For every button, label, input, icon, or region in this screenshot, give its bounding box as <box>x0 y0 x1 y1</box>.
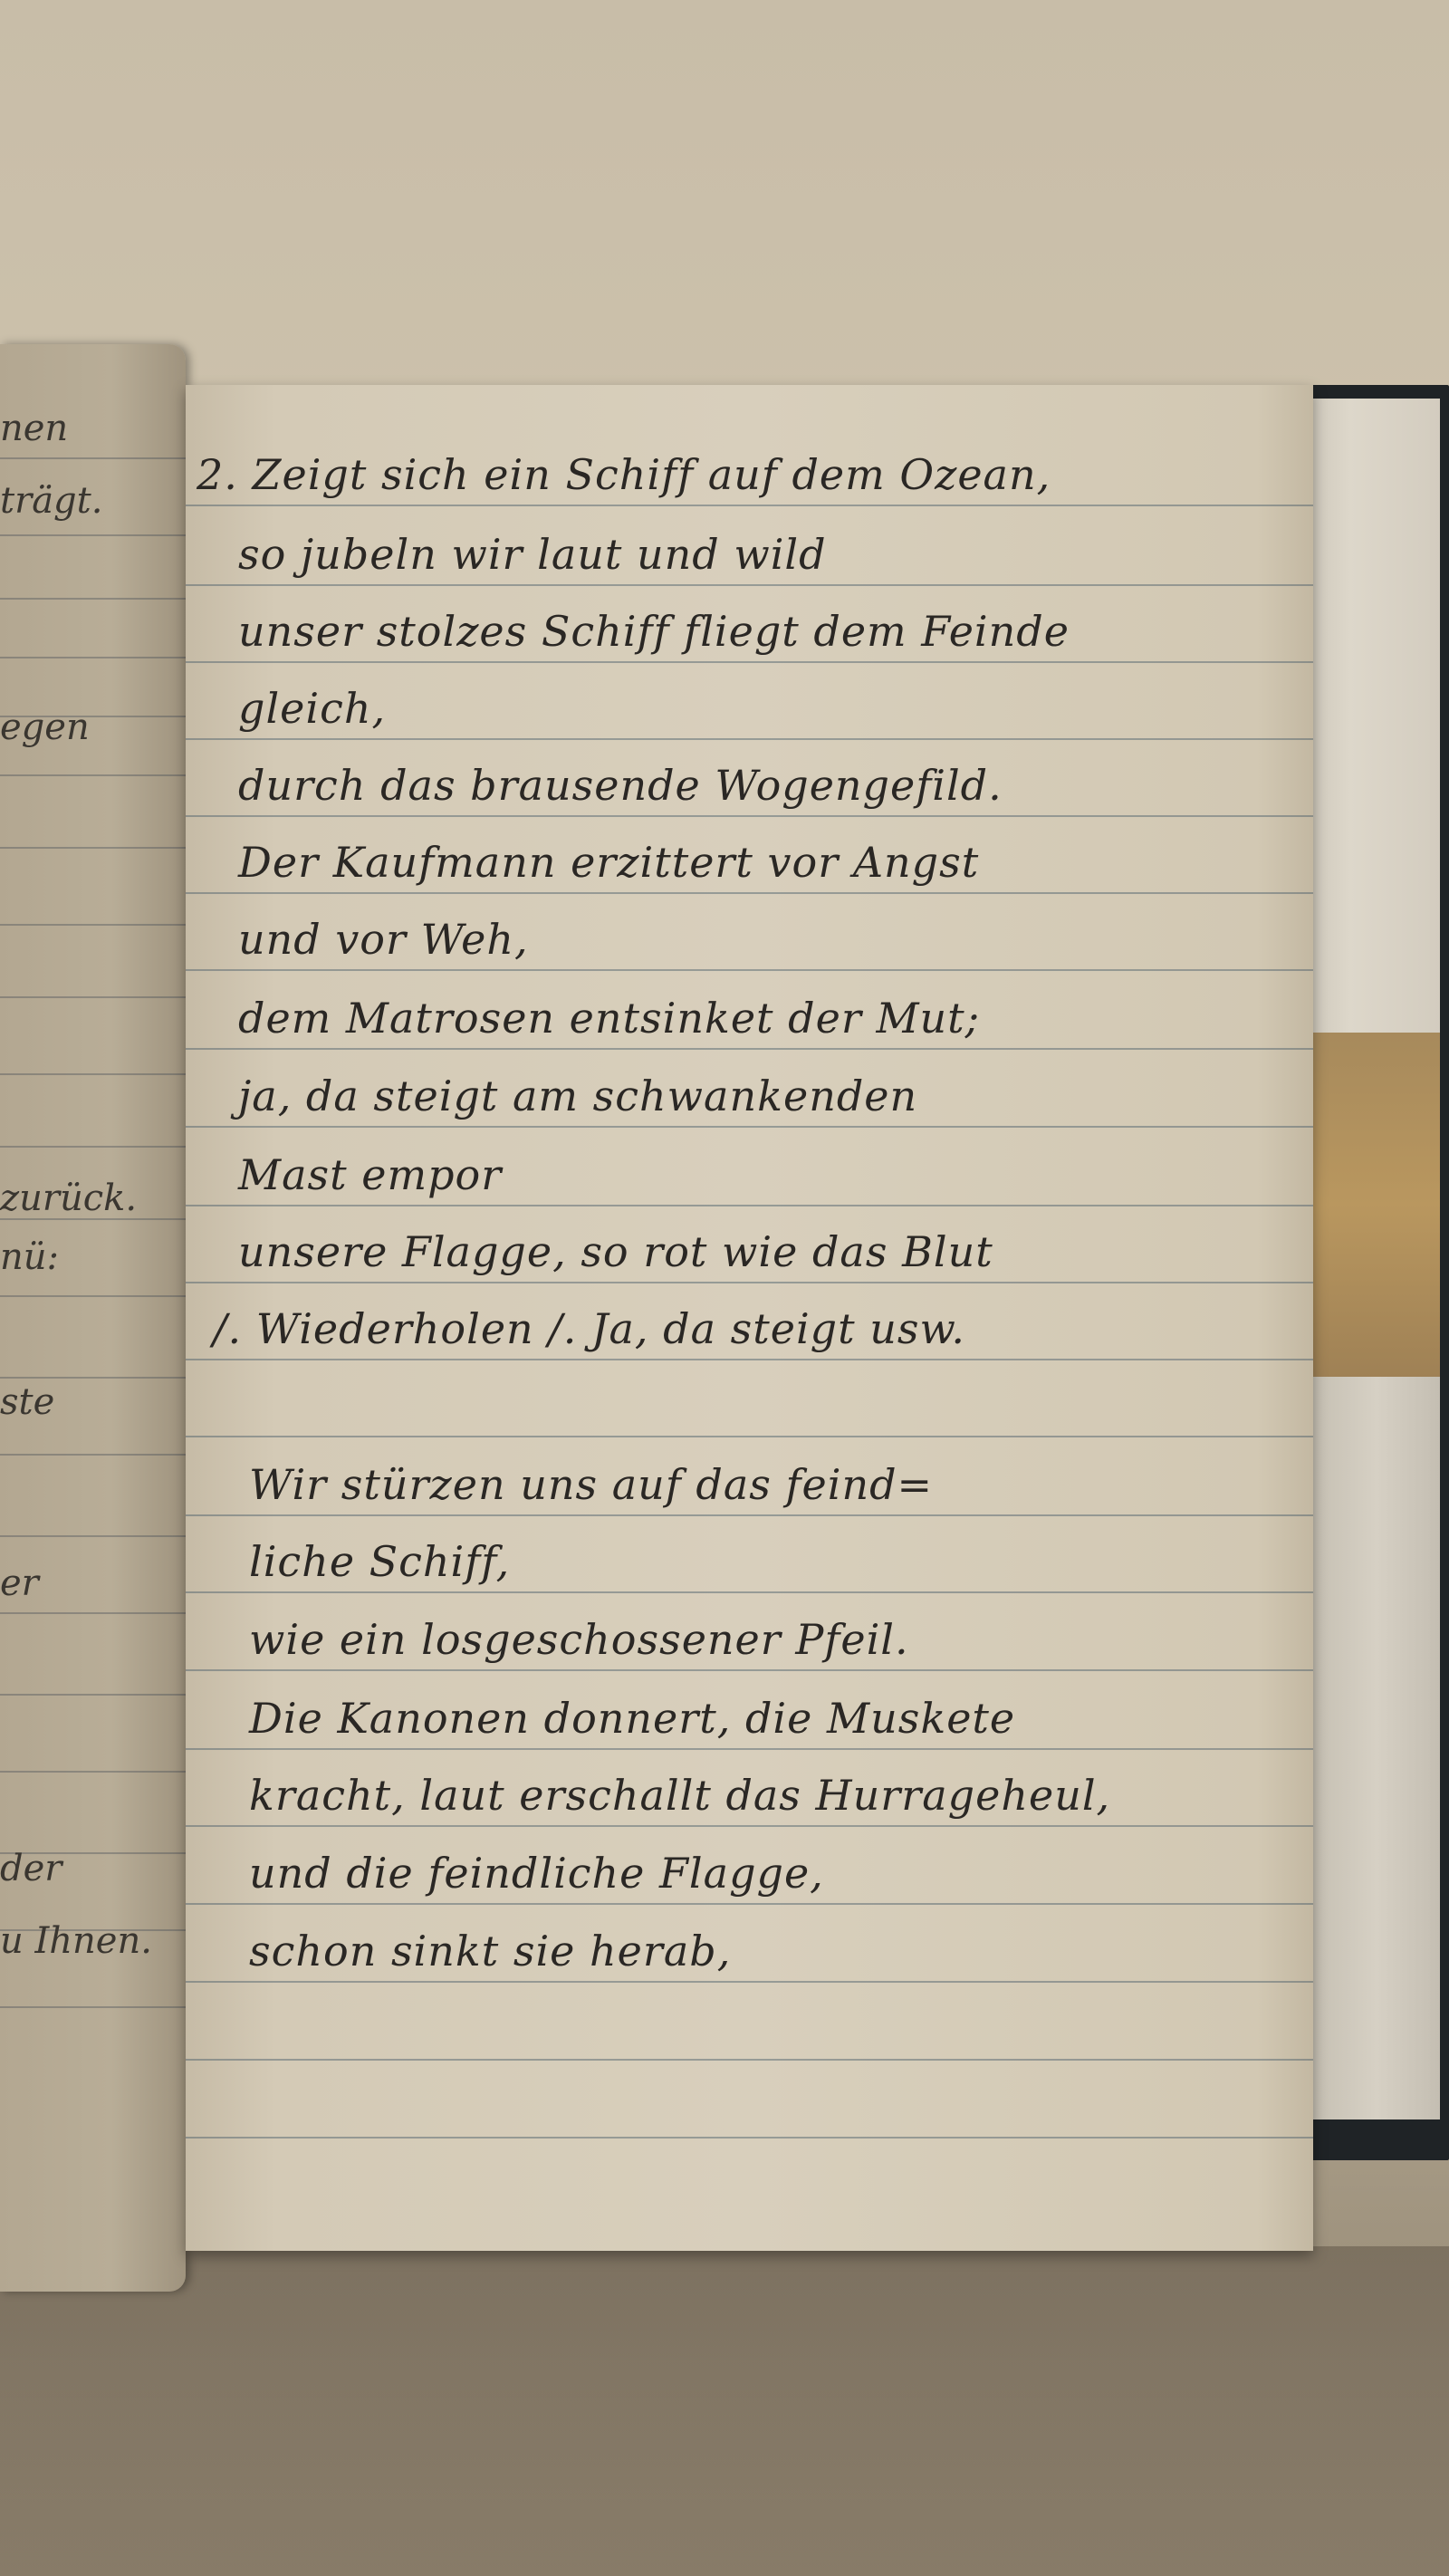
ruled-line <box>186 1205 1313 1206</box>
text-line: Mast empor <box>238 1150 502 1199</box>
text-line: schon sinkt sie herab, <box>249 1927 731 1975</box>
ruled-line <box>186 1591 1313 1593</box>
left-page: nen trägt. egen zurück. nü: ste er der u… <box>0 344 186 2292</box>
ruled-line <box>0 996 186 998</box>
ruled-line <box>0 1073 186 1075</box>
ruled-line <box>186 1436 1313 1437</box>
left-fragment: trägt. <box>0 480 102 522</box>
text-line: kracht, laut erschallt das Hurrageheul, <box>249 1771 1110 1820</box>
text-line: durch das brausende Wogengefild. <box>238 761 1003 810</box>
text-line: 2. Zeigt sich ein Schiff auf dem Ozean, <box>197 450 1051 499</box>
ruled-line <box>0 1295 186 1297</box>
ruled-line <box>0 847 186 849</box>
text-line: unsere Flagge, so rot wie das Blut <box>238 1227 993 1276</box>
ruled-line <box>0 657 186 658</box>
text-line: /. Wiederholen /. Ja, da steigt usw. <box>213 1304 965 1353</box>
ruled-line <box>186 1825 1313 1827</box>
ruled-line <box>186 505 1313 506</box>
text-line: liche Schiff, <box>249 1537 510 1586</box>
text-line: unser stolzes Schiff fliegt dem Feinde <box>238 607 1070 656</box>
ruled-line <box>186 1048 1313 1050</box>
ruled-line <box>0 774 186 776</box>
ruled-line <box>186 1126 1313 1128</box>
left-fragment: ste <box>0 1381 54 1423</box>
text-line: Die Kanonen donnert, die Muskete <box>249 1694 1015 1743</box>
left-fragment: zurück. <box>0 1177 137 1219</box>
text-line: gleich, <box>238 684 386 733</box>
left-fragment: der <box>0 1848 62 1889</box>
ruled-line <box>186 815 1313 817</box>
ruled-line <box>186 1981 1313 1983</box>
text-line: Wir stürzen uns auf das feind= <box>249 1460 933 1509</box>
ruled-line <box>0 598 186 600</box>
table-surface <box>0 2246 1449 2576</box>
ruled-line <box>0 1771 186 1773</box>
cover-endpaper-bottom <box>1313 1377 1440 2119</box>
ruled-line <box>186 1514 1313 1516</box>
text-line: Der Kaufmann erzittert vor Angst <box>238 838 979 887</box>
left-fragment: egen <box>0 706 90 748</box>
cover-torn-kraft-paper <box>1304 1033 1440 1377</box>
left-fragment: er <box>0 1562 39 1604</box>
ruled-line <box>0 1146 186 1148</box>
ruled-line <box>186 2137 1313 2139</box>
ruled-line <box>0 924 186 926</box>
text-line: wie ein losgeschossener Pfeil. <box>249 1615 909 1664</box>
ruled-line <box>186 738 1313 740</box>
left-fragment: u Ihnen. <box>0 1920 152 1962</box>
text-line: und vor Weh, <box>238 915 529 964</box>
ruled-line <box>0 2006 186 2008</box>
notebook-page: 2. Zeigt sich ein Schiff auf dem Ozean, … <box>186 385 1313 2251</box>
ruled-line <box>0 1454 186 1456</box>
text-line: und die feindliche Flagge, <box>249 1849 824 1898</box>
ruled-line <box>186 969 1313 971</box>
ruled-line <box>0 1535 186 1537</box>
ruled-line <box>186 1282 1313 1283</box>
ruled-line <box>0 534 186 536</box>
text-line: ja, da steigt am schwankenden <box>238 1072 917 1120</box>
ruled-line <box>186 1669 1313 1671</box>
ruled-line <box>186 584 1313 586</box>
ruled-line <box>0 1612 186 1614</box>
ruled-line <box>186 2059 1313 2061</box>
ruled-line <box>186 1903 1313 1905</box>
text-line: so jubeln wir laut und wild <box>238 530 827 579</box>
ruled-line <box>186 661 1313 663</box>
left-fragment: nen <box>0 408 68 449</box>
ruled-line <box>0 1694 186 1696</box>
ruled-line <box>186 1359 1313 1360</box>
left-fragment: nü: <box>0 1236 59 1278</box>
text-line: dem Matrosen entsinket der Mut; <box>238 994 980 1043</box>
ruled-line <box>0 1377 186 1379</box>
ruled-line <box>186 1748 1313 1750</box>
ruled-line <box>0 457 186 459</box>
ruled-line <box>186 892 1313 894</box>
